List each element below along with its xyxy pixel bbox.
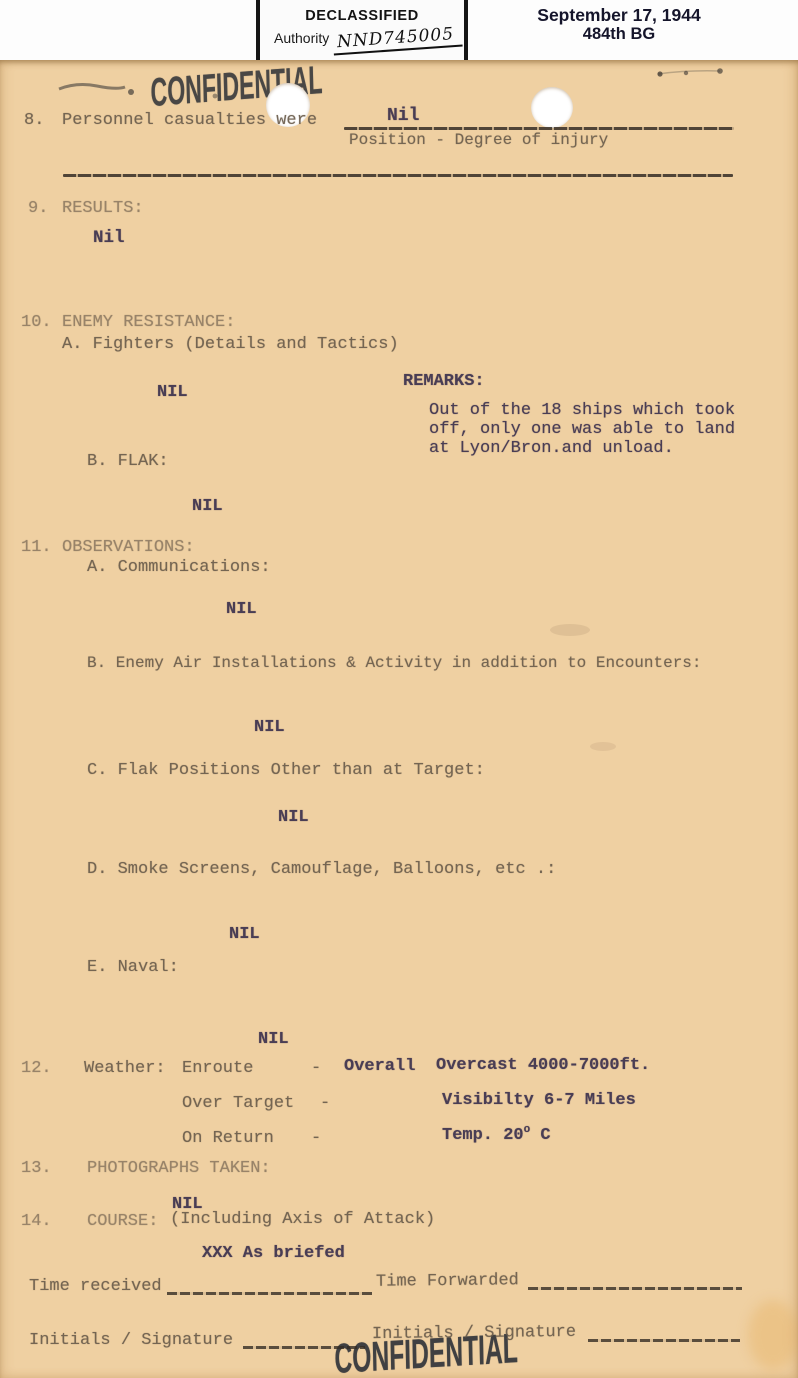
item11-number: 11.	[21, 538, 52, 557]
date-text: September 17, 1944	[499, 5, 739, 25]
item14-label: COURSE:	[87, 1212, 158, 1231]
remarks-line-3: at Lyon/Bron.and unload.	[429, 439, 674, 458]
time-forwarded-line	[528, 1287, 742, 1290]
item11c-label: C. Flak Positions Other than at Target:	[87, 761, 485, 780]
pen-scribble-top-left	[55, 80, 245, 104]
item8-label: Personnel casualties were	[62, 111, 317, 130]
temp-text: Temp. 20	[442, 1126, 524, 1145]
item12-number: 12.	[21, 1059, 52, 1078]
initials-signature-left-line	[243, 1346, 365, 1349]
group-designation: 484th BG	[499, 25, 739, 44]
weather-enroute-value: Overcast 4000-7000ft.	[436, 1056, 650, 1075]
weather-temp-value: Temp. 20o C	[442, 1126, 551, 1145]
item9-value: Nil	[93, 228, 125, 248]
item11d-label: D. Smoke Screens, Camouflage, Balloons, …	[87, 860, 556, 879]
temp-unit: C	[530, 1126, 550, 1145]
declassified-stamp: DECLASSIFIED Authority NND745005	[256, 0, 468, 64]
item12-label: Weather:	[84, 1059, 166, 1078]
item10b-label: B. FLAK:	[87, 452, 169, 471]
weather-overall-note: Overall	[344, 1057, 415, 1076]
initials-signature-left-label: Initials / Signature	[29, 1331, 233, 1350]
item8-blank-line	[63, 174, 733, 177]
item11-label: OBSERVATIONS:	[62, 538, 195, 557]
scan-header-strip: DECLASSIFIED Authority NND745005 Septemb…	[0, 0, 798, 62]
date-block: September 17, 1944 484th BG	[499, 5, 739, 44]
time-received-label: Time received	[29, 1277, 162, 1296]
item9-label: RESULTS:	[62, 199, 144, 218]
item8-value: Nil	[387, 106, 419, 126]
weather-overtarget-dash: -	[320, 1094, 330, 1113]
item8-caption: Position - Degree of injury	[349, 131, 608, 149]
corner-stain	[748, 1300, 798, 1370]
item11a-value: NIL	[226, 600, 257, 619]
time-received-line	[167, 1292, 372, 1295]
punch-hole-right	[531, 87, 573, 128]
item10-number: 10.	[21, 313, 52, 332]
item11e-label: E. Naval:	[87, 958, 179, 977]
weather-onreturn-dash: -	[311, 1129, 321, 1148]
initials-signature-right-label: Initials / Signature	[372, 1323, 576, 1344]
document-page: DECLASSIFIED Authority NND745005 Septemb…	[0, 0, 798, 1378]
item10a-label: A. Fighters (Details and Tactics)	[62, 335, 399, 354]
declassified-authority: Authority NND745005	[274, 28, 462, 51]
authority-label: Authority	[274, 30, 329, 46]
degree-symbol: o	[524, 1124, 531, 1136]
item11a-label: A. Communications:	[87, 558, 271, 577]
weather-enroute-label: Enroute	[182, 1059, 253, 1078]
item13-number: 13.	[21, 1159, 52, 1178]
weather-visibility-value: Visibilty 6-7 Miles	[442, 1091, 636, 1110]
weather-onreturn-label: On Return	[182, 1129, 274, 1148]
item10a-value: NIL	[157, 383, 188, 402]
time-forwarded-label: Time Forwarded	[376, 1271, 519, 1291]
smudge-mark	[590, 742, 616, 751]
remarks-label: REMARKS:	[403, 372, 485, 391]
item14-value: XXX As briefed	[202, 1244, 345, 1263]
item13-label: PHOTOGRAPHS TAKEN:	[87, 1159, 271, 1178]
weather-overtarget-label: Over Target	[182, 1094, 294, 1113]
remarks-line-1: Out of the 18 ships which took	[429, 401, 735, 420]
item11e-value: NIL	[258, 1030, 289, 1049]
initials-signature-right-line	[588, 1339, 740, 1342]
item10b-value: NIL	[192, 497, 223, 516]
item14-paren: (Including Axis of Attack)	[170, 1210, 435, 1229]
item14-number: 14.	[21, 1212, 52, 1231]
paper-background	[0, 60, 798, 1378]
pen-marks-top-right	[648, 64, 748, 84]
item11b-label: B. Enemy Air Installations & Activity in…	[87, 654, 702, 672]
authority-handwritten-value: NND745005	[332, 24, 463, 56]
item9-number: 9.	[28, 199, 48, 218]
weather-enroute-dash: -	[311, 1059, 321, 1078]
item8-number: 8.	[24, 111, 44, 130]
item8-underline	[344, 127, 734, 130]
item11b-value: NIL	[254, 718, 285, 737]
item11d-value: NIL	[229, 925, 260, 944]
declassified-title: DECLASSIFIED	[260, 8, 464, 24]
item10-label: ENEMY RESISTANCE:	[62, 313, 235, 332]
item11c-value: NIL	[278, 808, 309, 827]
remarks-line-2: off, only one was able to land	[429, 420, 735, 439]
smudge-mark	[550, 624, 590, 636]
